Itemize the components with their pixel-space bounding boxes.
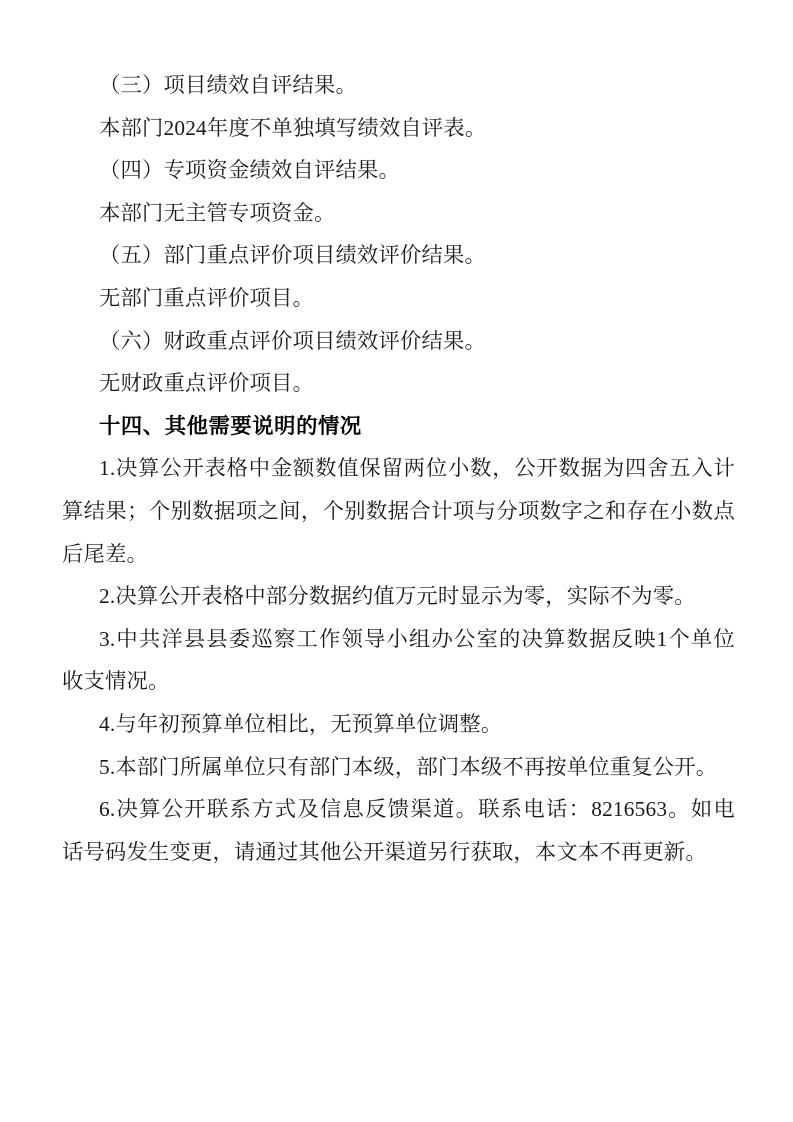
section-14-heading: 十四、其他需要说明的情况 bbox=[62, 405, 735, 448]
subsection-3-title: （三）项目绩效自评结果。 bbox=[62, 64, 735, 107]
note-5-line-1: 5.本部门所属单位只有部门本级，部门本级不再按单位重复公开。 bbox=[62, 746, 735, 789]
note-4-line-1: 4.与年初预算单位相比，无预算单位调整。 bbox=[62, 703, 735, 746]
note-1-line-2: 算结果；个别数据项之间，个别数据合计项与分项数字之和存在小数点 bbox=[62, 490, 735, 533]
note-6-line-2: 话号码发生变更，请通过其他公开渠道另行获取，本文本不再更新。 bbox=[62, 831, 735, 874]
note-3-line-1: 3.中共洋县县委巡察工作领导小组办公室的决算数据反映1个单位 bbox=[62, 618, 735, 661]
subsection-4-title: （四）专项资金绩效自评结果。 bbox=[62, 149, 735, 192]
subsection-5-title: （五）部门重点评价项目绩效评价结果。 bbox=[62, 234, 735, 277]
document-page: （三）项目绩效自评结果。 本部门2024年度不单独填写绩效自评表。 （四）专项资… bbox=[62, 0, 735, 873]
subsection-6-body: 无财政重点评价项目。 bbox=[62, 362, 735, 405]
subsection-5-body: 无部门重点评价项目。 bbox=[62, 277, 735, 320]
note-2-line-1: 2.决算公开表格中部分数据约值万元时显示为零，实际不为零。 bbox=[62, 575, 735, 618]
note-6-line-1: 6.决算公开联系方式及信息反馈渠道。联系电话：8216563。如电 bbox=[62, 788, 735, 831]
note-1-line-1: 1.决算公开表格中金额数值保留两位小数，公开数据为四舍五入计 bbox=[62, 447, 735, 490]
subsection-6-title: （六）财政重点评价项目绩效评价结果。 bbox=[62, 320, 735, 363]
note-1-line-3: 后尾差。 bbox=[62, 533, 735, 576]
subsection-4-body: 本部门无主管专项资金。 bbox=[62, 192, 735, 235]
subsection-3-body: 本部门2024年度不单独填写绩效自评表。 bbox=[62, 107, 735, 150]
note-3-line-2: 收支情况。 bbox=[62, 660, 735, 703]
